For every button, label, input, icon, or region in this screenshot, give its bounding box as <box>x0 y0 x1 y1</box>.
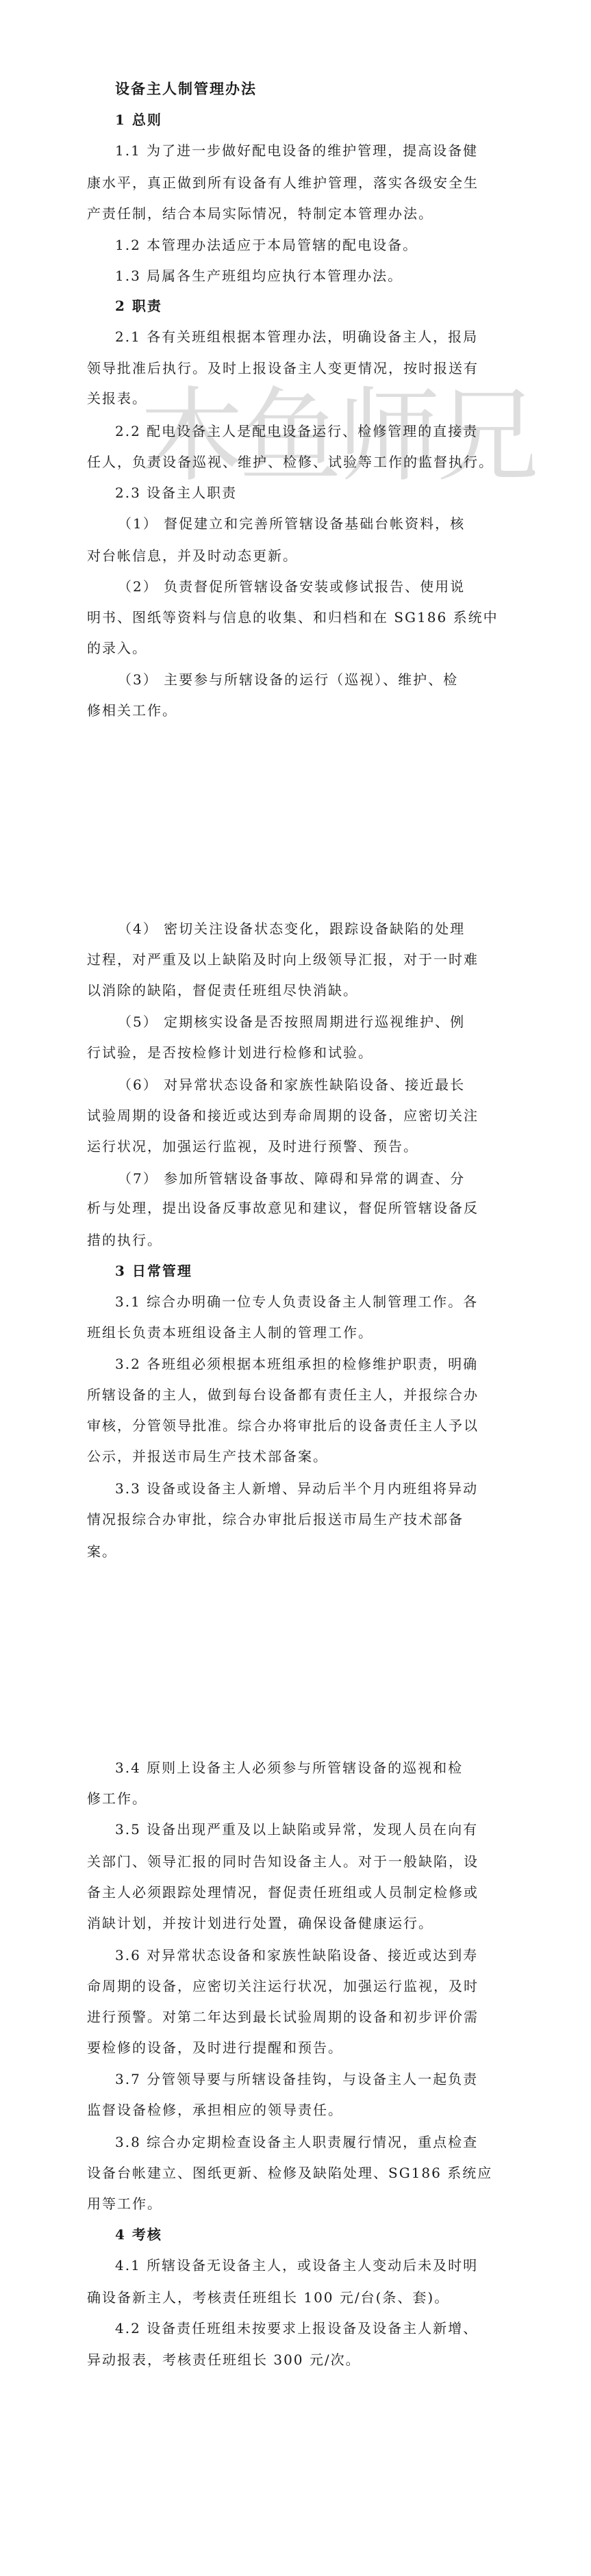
paragraph-line: 3.4 原则上设备主人必须参与所管辖设备的巡视和检 <box>115 1759 463 1777</box>
paragraph-line: 运行状况，加强运行监视，及时进行预警、预告。 <box>87 1137 418 1155</box>
paragraph-line: 3.3 设备或设备主人新增、异动后半个月内班组将异动 <box>115 1480 478 1497</box>
paragraph-line: 修相关工作。 <box>87 701 177 719</box>
paragraph-line: 3.8 综合办定期检查设备主人职责履行情况，重点检查 <box>115 2133 478 2151</box>
section-heading: 4 考核 <box>115 2226 162 2243</box>
paragraph-line: 措的执行。 <box>87 1231 162 1249</box>
paragraph-line: 行试验，是否按检修计划进行检修和试验。 <box>87 1044 373 1061</box>
paragraph-line: 2.1 各有关班组根据本管理办法，明确设备主人，报局 <box>115 328 478 346</box>
document-title: 设备主人制管理办法 <box>115 80 257 98</box>
paragraph-line: 异动报表，考核责任班组长 300 元/次。 <box>87 2351 361 2369</box>
paragraph-line: 关部门、领导汇报的同时告知设备主人。对于一般缺陷，设 <box>87 1853 479 1870</box>
paragraph-line: （1） 督促建立和完善所管辖设备基础台帐资料，核 <box>118 515 465 532</box>
paragraph-line: 班组长负责本班组设备主人制的管理工作。 <box>87 1324 373 1341</box>
paragraph-line: 1.1 为了进一步做好配电设备的维护管理，提高设备健 <box>115 142 478 159</box>
paragraph-line: 1.2 本管理办法适应于本局管辖的配电设备。 <box>115 236 418 254</box>
paragraph-line: 审核，分管领导批准。综合办将审批后的设备责任主人予以 <box>87 1417 479 1434</box>
paragraph-line: 的录入。 <box>87 639 147 657</box>
paragraph-line: 要检修的设备，及时进行提醒和预告。 <box>87 2039 343 2057</box>
paragraph-line: 3.6 对异常状态设备和家族性缺陷设备、接近或达到寿 <box>115 1946 478 1964</box>
paragraph-line: 3.1 综合办明确一位专人负责设备主人制管理工作。各 <box>115 1293 478 1311</box>
document-page: 木鱼师兄 设备主人制管理办法1 总则1.1 为了进一步做好配电设备的维护管理，提… <box>0 0 591 2576</box>
paragraph-line: 试验周期的设备和接近或达到寿命周期的设备，应密切关注 <box>87 1107 479 1124</box>
paragraph-line: 明书、图纸等资料与信息的收集、和归档和在 SG186 系统中 <box>87 608 499 626</box>
paragraph-line: （4） 密切关注设备状态变化，跟踪设备缺陷的处理 <box>118 920 465 938</box>
paragraph-line: 案。 <box>87 1543 117 1560</box>
document-body: 设备主人制管理办法1 总则1.1 为了进一步做好配电设备的维护管理，提高设备健康… <box>0 0 591 2576</box>
paragraph-line: 情况报综合办审批，综合办审批后报送市局生产技术部备 <box>87 1510 464 1528</box>
paragraph-line: （5） 定期核实设备是否按照周期进行巡视维护、例 <box>118 1013 465 1031</box>
paragraph-line: 对台帐信息，并及时动态更新。 <box>87 547 298 565</box>
paragraph-line: 产责任制，结合本局实际情况，特制定本管理办法。 <box>87 205 433 222</box>
paragraph-line: （7） 参加所管辖设备事故、障碍和异常的调查、分 <box>118 1170 465 1187</box>
paragraph-line: （2） 负责督促所管辖设备安装或修试报告、使用说 <box>118 578 465 595</box>
paragraph-line: 设备台帐建立、图纸更新、检修及缺陷处理、SG186 系统应 <box>87 2164 492 2182</box>
paragraph-line: 3.7 分管领导要与所辖设备挂钩，与设备主人一起负责 <box>115 2070 478 2088</box>
paragraph-line: 备主人必须跟踪处理情况，督促责任班组或人员制定检修或 <box>87 1883 479 1901</box>
paragraph-line: 确设备新主人，考核责任班组长 100 元/台(条、套)。 <box>87 2289 449 2306</box>
section-heading: 2 职责 <box>115 297 162 315</box>
paragraph-line: 关报表。 <box>87 389 147 407</box>
paragraph-line: 2.3 设备主人职责 <box>115 484 237 502</box>
paragraph-line: 过程，对严重及以上缺陷及时向上级领导汇报，对于一时难 <box>87 951 479 968</box>
section-heading: 3 日常管理 <box>115 1262 192 1280</box>
paragraph-line: 用等工作。 <box>87 2195 162 2213</box>
paragraph-line: 修工作。 <box>87 1790 147 1807</box>
section-heading: 1 总则 <box>115 111 162 129</box>
paragraph-line: 4.2 设备责任班组未按要求上报设备及设备主人新增、 <box>115 2319 478 2337</box>
paragraph-line: 领导批准后执行。及时上报设备主人变更情况，按时报送有 <box>87 359 479 377</box>
paragraph-line: 命周期的设备，应密切关注运行状况，加强运行监视，及时 <box>87 1977 479 1995</box>
paragraph-line: 析与处理，提出设备反事故意见和建议，督促所管辖设备反 <box>87 1199 479 1217</box>
paragraph-line: 3.5 设备出现严重及以上缺陷或异常，发现人员在向有 <box>115 1820 478 1838</box>
paragraph-line: 公示，并报送市局生产技术部备案。 <box>87 1447 328 1465</box>
paragraph-line: 进行预警。对第二年达到最长试验周期的设备和初步评价需 <box>87 2008 479 2026</box>
paragraph-line: 康水平，真正做到所有设备有人维护管理，落实各级安全生 <box>87 174 479 192</box>
paragraph-line: 1.3 局属各生产班组均应执行本管理办法。 <box>115 267 403 285</box>
paragraph-line: 以消除的缺陷，督促责任班组尽快消缺。 <box>87 981 358 999</box>
paragraph-line: 3.2 各班组必须根据本班组承担的检修维护职责，明确 <box>115 1355 478 1373</box>
paragraph-line: 监督设备检修，承担相应的领导责任。 <box>87 2101 343 2119</box>
paragraph-line: 消缺计划，并按计划进行处置，确保设备健康运行。 <box>87 1914 433 1932</box>
paragraph-line: 任人，负责设备巡视、维护、检修、试验等工作的监督执行。 <box>87 453 494 471</box>
paragraph-line: 所辖设备的主人，做到每台设备都有责任主人，并报综合办 <box>87 1386 479 1404</box>
paragraph-line: 2.2 配电设备主人是配电设备运行、检修管理的直接责 <box>115 422 478 440</box>
paragraph-line: 4.1 所辖设备无设备主人，或设备主人变动后未及时明 <box>115 2256 478 2274</box>
paragraph-line: （6） 对异常状态设备和家族性缺陷设备、接近最长 <box>118 1076 465 1094</box>
paragraph-line: （3） 主要参与所辖设备的运行（巡视）、维护、检 <box>118 671 458 688</box>
